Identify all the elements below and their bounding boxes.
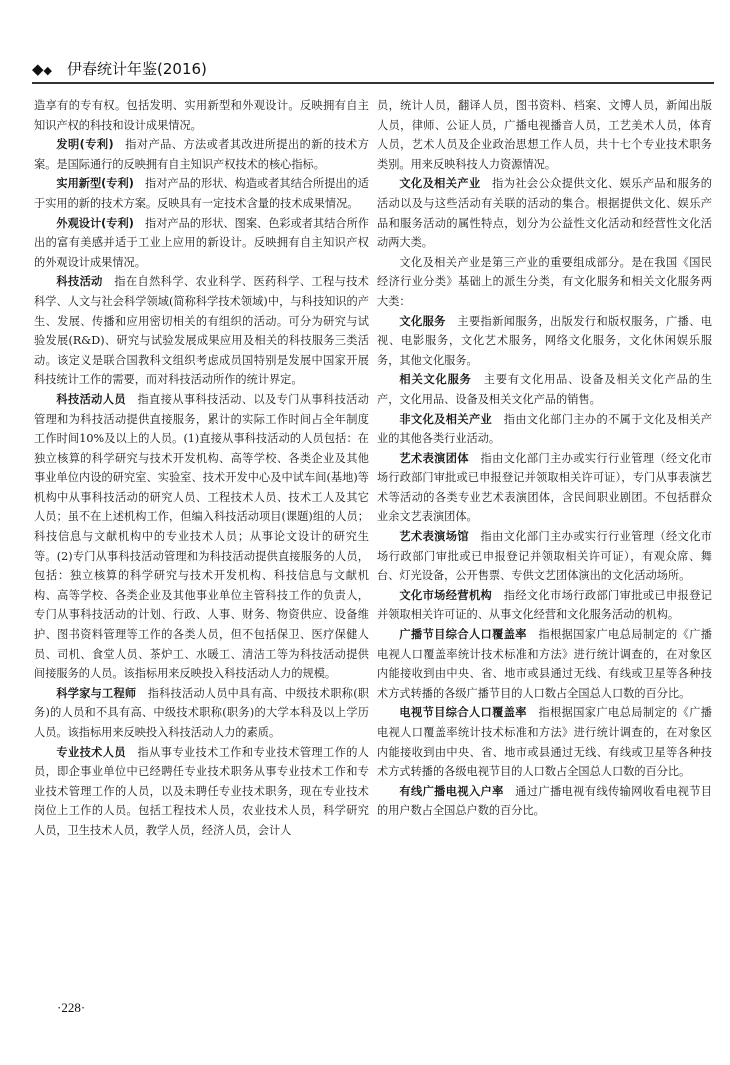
definition-term: 文化服务 [399,315,445,328]
definition-paragraph: 发明(专利)指对产品、方法或者其改进所提出的新的技术方案。是国际通行的反映拥有自… [34,135,369,174]
text-paragraph: 造享有的专有权。包括发明、实用新型和外观设计。反映拥有自主知识产权的科技和设计成… [34,96,369,135]
text-paragraph: 员，统计人员，翻译人员，图书资料、档案、文博人员，新闻出版人员，律师、公证人员，… [377,96,712,174]
left-column: 造享有的专有权。包括发明、实用新型和外观设计。反映拥有自主知识产权的科技和设计成… [34,96,369,841]
definition-paragraph: 广播节目综合人口覆盖率指根据国家广电总局制定的《广播电视人口覆盖率统计技术标准和… [377,625,712,703]
definition-text: 造享有的专有权。包括发明、实用新型和外观设计。反映拥有自主知识产权的科技和设计成… [34,99,369,132]
definition-term: 文化及相关产业 [399,177,480,190]
definition-term: 非文化及相关产业 [399,413,492,426]
definition-term: 专业技术人员 [56,746,126,759]
definition-paragraph: 外观设计(专利)指对产品的形状、图案、色彩或者其结合所作出的富有美感并适于工业上… [34,214,369,273]
running-header: ◆◆ 伊春统计年鉴(2016) [32,60,714,80]
definition-paragraph: 文化服务主要指新闻服务，出版发行和版权服务，广播、电视、电影服务，文化艺术服务，… [377,312,712,371]
definition-paragraph: 科技活动指在自然科学、农业科学、医药科学、工程与技术科学、人文与社会科学领域(简… [34,272,369,390]
definition-paragraph: 有线广播电视入户率通过广播电视有线传输网收看电视节目的用户数占全国总户数的百分比… [377,782,712,821]
header-rule [32,82,714,84]
definition-text: 指在自然科学、农业科学、医药科学、工程与技术科学、人文与社会科学领域(简称科学技… [34,275,369,386]
right-column: 员，统计人员，翻译人员，图书资料、档案、文博人员，新闻出版人员，律师、公证人员，… [377,96,712,821]
diamond-ornament-icon: ◆◆ [32,60,52,80]
definition-paragraph: 电视节目综合人口覆盖率指根据国家广电总局制定的《广播电视人口覆盖率统计技术标准和… [377,703,712,781]
text-paragraph: 文化及相关产业是第三产业的重要组成部分。是在我国《国民经济行业分类》基础上的派生… [377,253,712,312]
definition-paragraph: 非文化及相关产业指由文化部门主办的不属于文化及相关产业的其他各类行业活动。 [377,410,712,449]
definition-paragraph: 文化市场经营机构指经文化市场行政部门审批或已申报登记并领取相关许可证的、从事文化… [377,586,712,625]
definition-text: 指直接从事科技活动、以及专门从事科技活动管理和为科技活动提供直接服务，累计的实际… [34,393,369,680]
yearbook-title: 伊春统计年鉴(2016) [67,60,207,78]
definition-term: 相关文化服务 [399,373,471,386]
definition-text: 文化及相关产业是第三产业的重要组成部分。是在我国《国民经济行业分类》基础上的派生… [377,256,712,308]
definition-term: 科技活动人员 [56,393,126,406]
definition-term: 科学家与工程师 [56,687,136,700]
definition-term: 艺术表演场馆 [399,530,469,543]
definition-paragraph: 相关文化服务主要有文化用品、设备及相关文化产品的生产，文化用品、设备及相关文化产… [377,370,712,409]
definition-paragraph: 实用新型(专利)指对产品的形状、构造或者其结合所提出的适于实用的新的技术方案。反… [34,174,369,213]
definition-paragraph: 科学家与工程师指科技活动人员中具有高、中级技术职称(职务)的人员和不具有高、中级… [34,684,369,743]
definition-text: 指从事专业技术工作和专业技术管理工作的人员，即企事业单位中已经聘任专业技术职务从… [34,746,369,837]
definition-term: 电视节目综合人口覆盖率 [399,706,527,719]
definition-text: 员，统计人员，翻译人员，图书资料、档案、文博人员，新闻出版人员，律师、公证人员，… [377,99,712,171]
definition-term: 发明(专利) [56,138,113,151]
definition-term: 科技活动 [56,275,102,288]
page-number: ·228· [57,1000,85,1016]
definition-paragraph: 专业技术人员指从事专业技术工作和专业技术管理工作的人员，即企事业单位中已经聘任专… [34,743,369,841]
definition-paragraph: 艺术表演团体指由文化部门主办或实行行业管理（经文化市场行政部门审批或已申报登记并… [377,449,712,527]
definition-term: 文化市场经营机构 [399,589,492,602]
definition-paragraph: 文化及相关产业指为社会公众提供文化、娱乐产品和服务的活动以及与这些活动有关联的活… [377,174,712,252]
definition-paragraph: 科技活动人员指直接从事科技活动、以及专门从事科技活动管理和为科技活动提供直接服务… [34,390,369,684]
definition-paragraph: 艺术表演场馆指由文化部门主办或实行行业管理（经文化市场行政部门审批或已申报登记并… [377,527,712,586]
definition-term: 艺术表演团体 [399,452,469,465]
definition-term: 有线广播电视入户率 [399,785,503,798]
definition-term: 实用新型(专利) [56,177,133,190]
definition-term: 广播节目综合人口覆盖率 [399,628,527,641]
definition-term: 外观设计(专利) [56,217,133,230]
